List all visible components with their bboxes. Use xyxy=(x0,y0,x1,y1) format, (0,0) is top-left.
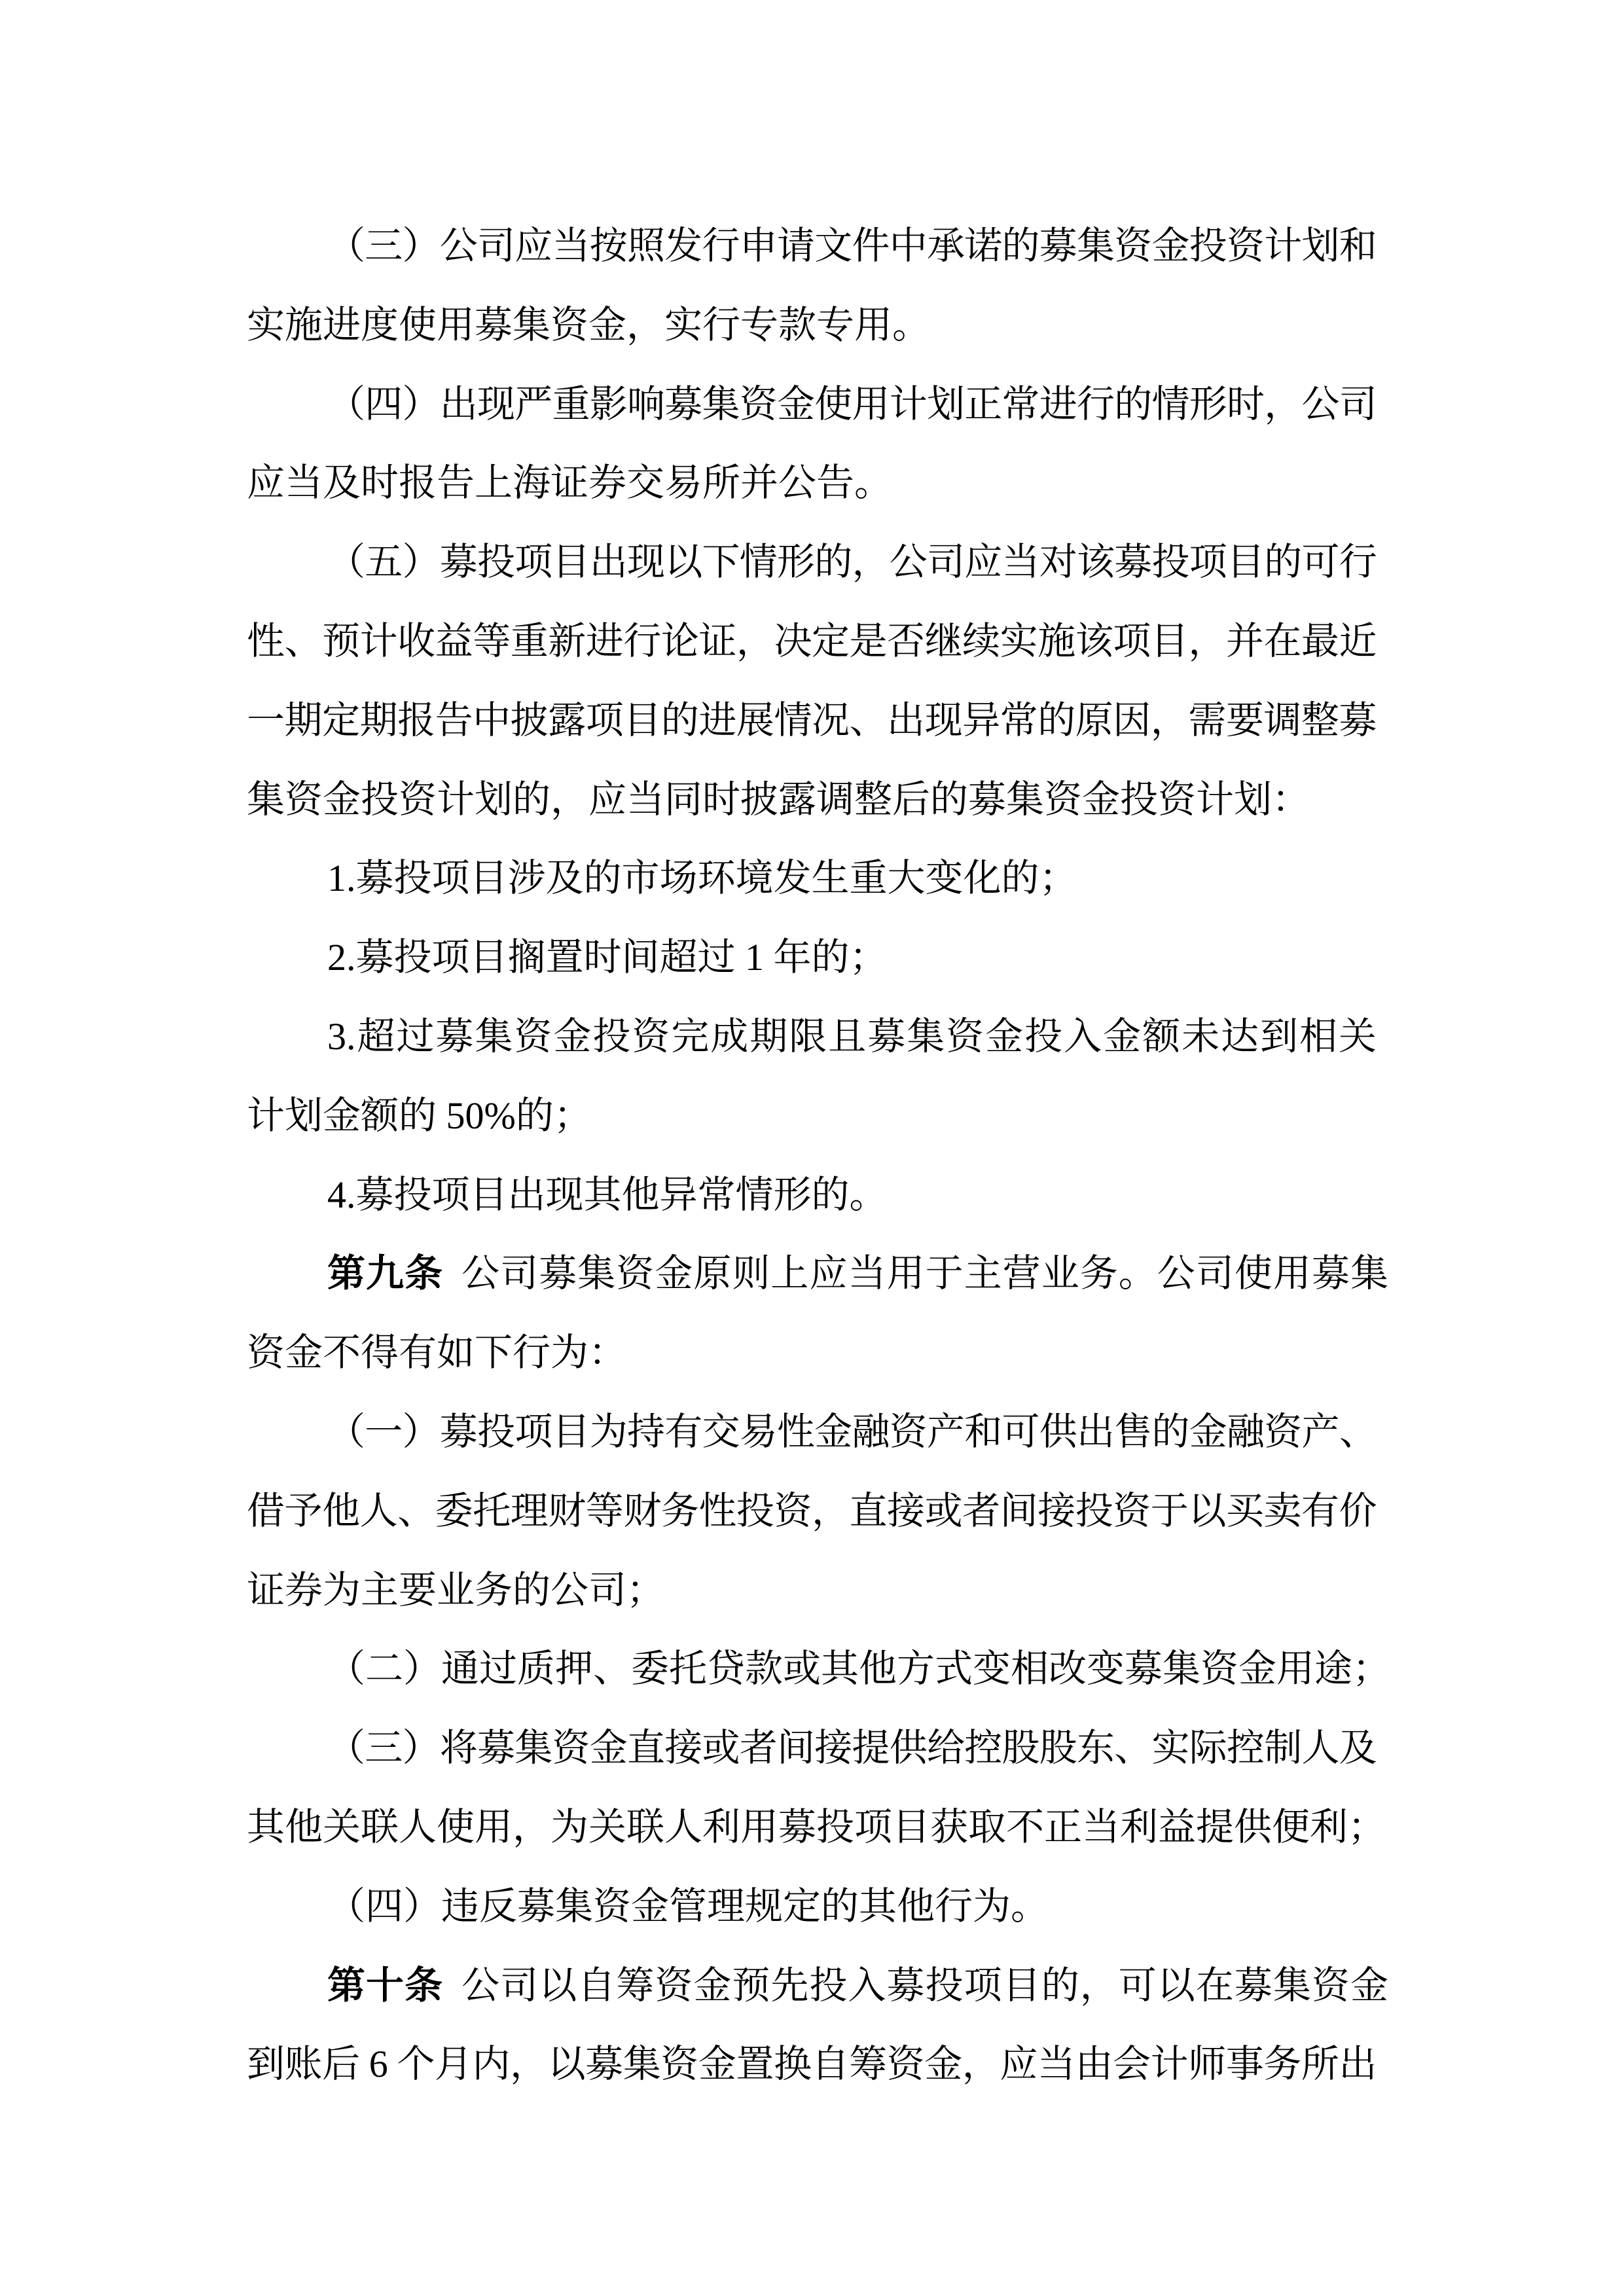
paragraph-line: 其他关联人使用，为关联人利用募投项目获取不正当利益提供便利； xyxy=(247,1788,1377,1867)
paragraph-line: 证券为主要业务的公司； xyxy=(247,1551,1377,1630)
paragraph-line: 计划金额的 50%的； xyxy=(247,1077,1377,1156)
line-text: （一）募投项目为持有交易性金融资产和可供出售的金融资产、 xyxy=(327,1410,1377,1453)
line-text: 资金不得有如下行为： xyxy=(247,1331,626,1374)
document-body: （三）公司应当按照发行申请文件中承诺的募集资金投资计划和 实施进度使用募集资金，… xyxy=(247,207,1377,2104)
paragraph-line: （一）募投项目为持有交易性金融资产和可供出售的金融资产、 xyxy=(247,1393,1377,1472)
list-item: 1.募投项目涉及的市场环境发生重大变化的； xyxy=(247,839,1377,918)
line-text: 公司以自筹资金预先投入募投项目的，可以在募集资金 xyxy=(461,1964,1389,2007)
paragraph-line: 实施进度使用募集资金，实行专款专用。 xyxy=(247,286,1377,365)
line-text: （三）公司应当按照发行申请文件中承诺的募集资金投资计划和 xyxy=(327,224,1377,267)
line-text: 公司募集资金原则上应当用于主营业务。公司使用募集 xyxy=(461,1252,1389,1295)
paragraph-line: （三）将募集资金直接或者间接提供给控股股东、实际控制人及 xyxy=(247,1709,1377,1788)
document-page: （三）公司应当按照发行申请文件中承诺的募集资金投资计划和 实施进度使用募集资金，… xyxy=(0,0,1624,2296)
paragraph-line: （二）通过质押、委托贷款或其他方式变相改变募集资金用途； xyxy=(247,1630,1377,1709)
line-text: 集资金投资计划的，应当同时披露调整后的募集资金投资计划： xyxy=(247,778,1310,821)
line-text: 计划金额的 50%的； xyxy=(247,1094,592,1137)
paragraph-line: （三）公司应当按照发行申请文件中承诺的募集资金投资计划和 xyxy=(247,207,1377,286)
article-heading-line: 第九条公司募集资金原则上应当用于主营业务。公司使用募集 xyxy=(247,1234,1377,1314)
paragraph-line: 一期定期报告中披露项目的进展情况、出现异常的原因，需要调整募 xyxy=(247,681,1377,761)
paragraph-line: 应当及时报告上海证券交易所并公告。 xyxy=(247,444,1377,523)
line-text: （二）通过质押、委托贷款或其他方式变相改变募集资金用途； xyxy=(327,1647,1390,1690)
paragraph-line: （四）出现严重影响募集资金使用计划正常进行的情形时，公司 xyxy=(247,365,1377,444)
line-text: （五）募投项目出现以下情形的，公司应当对该募投项目的可行 xyxy=(327,541,1377,583)
list-item: 3.超过募集资金投资完成期限且募集资金投入金额未达到相关 xyxy=(247,997,1377,1077)
line-text: 2.募投项目搁置时间超过 1 年的； xyxy=(327,936,888,978)
paragraph-line: （五）募投项目出现以下情形的，公司应当对该募投项目的可行 xyxy=(247,523,1377,602)
line-text: （四）违反募集资金管理规定的其他行为。 xyxy=(327,1885,1049,1928)
line-text: （三）将募集资金直接或者间接提供给控股股东、实际控制人及 xyxy=(327,1727,1377,1769)
article-heading-line: 第十条公司以自筹资金预先投入募投项目的，可以在募集资金 xyxy=(247,1946,1377,2026)
list-item: 4.募投项目出现其他异常情形的。 xyxy=(247,1156,1377,1235)
paragraph-line: 性、预计收益等重新进行论证，决定是否继续实施该项目，并在最近 xyxy=(247,602,1377,681)
line-text: 3.超过募集资金投资完成期限且募集资金投入金额未达到相关 xyxy=(327,1015,1377,1058)
article-number: 第十条 xyxy=(327,1964,443,2007)
line-text: 借予他人、委托理财等财务性投资，直接或者间接投资于以买卖有价 xyxy=(247,1490,1377,1532)
paragraph-line: 集资金投资计划的，应当同时披露调整后的募集资金投资计划： xyxy=(247,761,1377,840)
line-text: 一期定期报告中披露项目的进展情况、出现异常的原因，需要调整募 xyxy=(247,699,1377,742)
paragraph-line: （四）违反募集资金管理规定的其他行为。 xyxy=(247,1867,1377,1946)
line-text: 其他关联人使用，为关联人利用募投项目获取不正当利益提供便利； xyxy=(247,1806,1386,1848)
line-text: 证券为主要业务的公司； xyxy=(247,1569,664,1611)
line-text: （四）出现严重影响募集资金使用计划正常进行的情形时，公司 xyxy=(327,383,1377,425)
paragraph-line: 借予他人、委托理财等财务性投资，直接或者间接投资于以买卖有价 xyxy=(247,1472,1377,1551)
line-text: 应当及时报告上海证券交易所并公告。 xyxy=(247,461,892,504)
line-text: 到账后 6 个月内，以募集资金置换自筹资金，应当由会计师事务所出 xyxy=(247,2043,1377,2085)
list-item: 2.募投项目搁置时间超过 1 年的； xyxy=(247,918,1377,997)
line-text: 1.募投项目涉及的市场环境发生重大变化的； xyxy=(327,857,1077,899)
line-text: 实施进度使用募集资金，实行专款专用。 xyxy=(247,304,930,346)
line-text: 性、预计收益等重新进行论证，决定是否继续实施该项目，并在最近 xyxy=(247,620,1377,662)
line-text: 4.募投项目出现其他异常情形的。 xyxy=(327,1174,888,1216)
paragraph-line: 资金不得有如下行为： xyxy=(247,1314,1377,1393)
paragraph-line: 到账后 6 个月内，以募集资金置换自筹资金，应当由会计师事务所出 xyxy=(247,2025,1377,2104)
article-number: 第九条 xyxy=(327,1252,443,1295)
